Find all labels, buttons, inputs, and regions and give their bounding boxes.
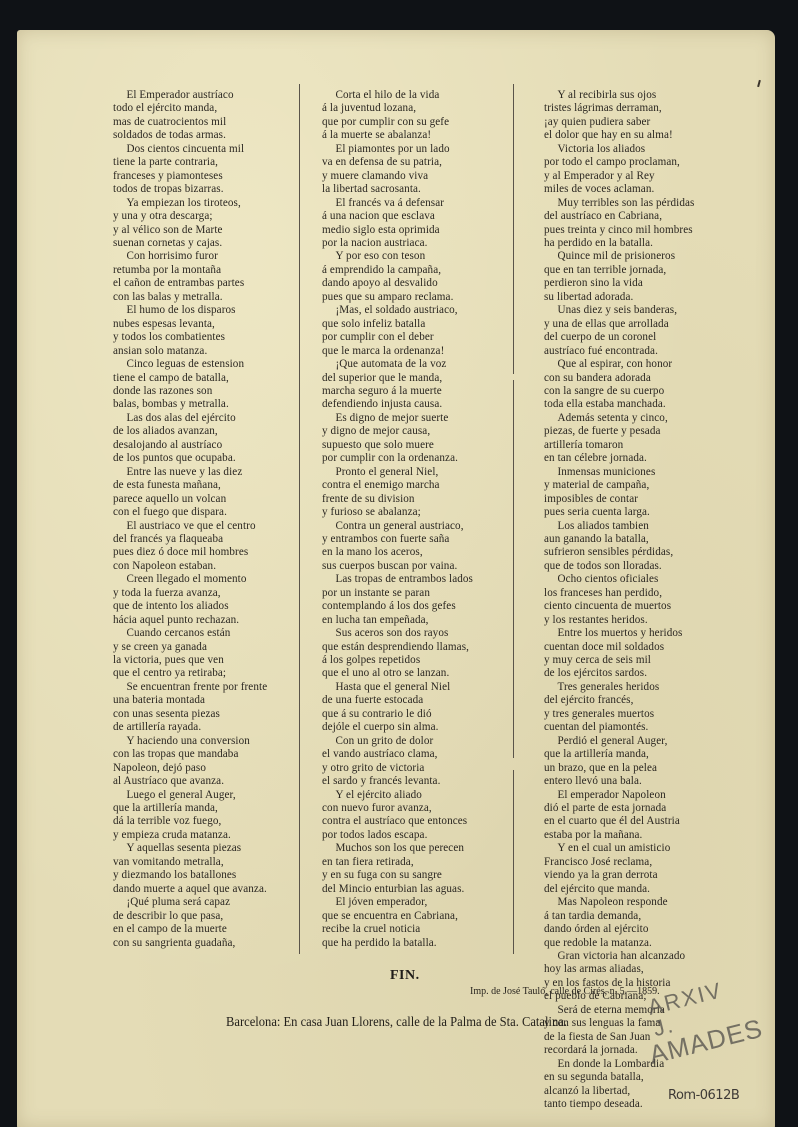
- verse-line: que por cumplir con su gefe: [322, 115, 504, 128]
- verse-line: á la juventud lozana,: [322, 101, 504, 114]
- verse-line: Las dos alas del ejército: [113, 411, 295, 424]
- verse-line: miles de voces aclaman.: [544, 182, 736, 195]
- verse-line: supuesto que solo muere: [322, 438, 504, 451]
- verse-line: del ejército que manda.: [544, 882, 736, 895]
- verse-line: en la mano los aceros,: [322, 545, 504, 558]
- verse-line: ha perdido en la batalla.: [544, 236, 736, 249]
- verse-line: por todos lados escapa.: [322, 828, 504, 841]
- poem-column-3: Y al recibirla sus ojostristes lágrimas …: [544, 88, 736, 1110]
- verse-line: el sardo y francés levanta.: [322, 774, 504, 787]
- verse-line: Se encuentran frente por frente: [113, 680, 295, 693]
- verse-line: á una nacion que esclava: [322, 209, 504, 222]
- verse-line: ansian solo matanza.: [113, 344, 295, 357]
- verse-line: Creen llegado el momento: [113, 572, 295, 585]
- verse-line: El humo de los disparos: [113, 303, 295, 316]
- verse-line: ¡Que automata de la voz: [322, 357, 504, 370]
- verse-line: estaba por la mañana.: [544, 828, 736, 841]
- verse-line: El Emperador austríaco: [113, 88, 295, 101]
- verse-line: toda ella estaba manchada.: [544, 397, 736, 410]
- verse-line: balas, bombas y metralla.: [113, 397, 295, 410]
- verse-line: El jóven emperador,: [322, 895, 504, 908]
- verse-line: pues diez ó doce mil hombres: [113, 545, 295, 558]
- verse-line: Y en el cual un amisticio: [544, 841, 736, 854]
- verse-line: por un instante se paran: [322, 586, 504, 599]
- poem-column-1: El Emperador austríacotodo el ejército m…: [113, 88, 295, 949]
- verse-line: El emperador Napoleon: [544, 788, 736, 801]
- verse-line: parece aquello un volcan: [113, 492, 295, 505]
- verse-line: que el centro ya retiraba;: [113, 666, 295, 679]
- verse-line: ¡Qué pluma será capaz: [113, 895, 295, 908]
- verse-line: piezas, de fuerte y pesada: [544, 424, 736, 437]
- verse-line: y empieza cruda matanza.: [113, 828, 295, 841]
- verse-line: que redoble la matanza.: [544, 936, 736, 949]
- verse-line: El austriaco ve que el centro: [113, 519, 295, 532]
- publisher-address: Barcelona: En casa Juan Llorens, calle d…: [226, 1014, 567, 1030]
- verse-line: franceses y piamonteses: [113, 169, 295, 182]
- verse-line: medio siglo esta oprimida: [322, 223, 504, 236]
- verse-line: al Austríaco que avanza.: [113, 774, 295, 787]
- verse-line: pues treinta y cinco mil hombres: [544, 223, 736, 236]
- verse-line: del Mincio enturbian las aguas.: [322, 882, 504, 895]
- verse-line: Cinco leguas de estension: [113, 357, 295, 370]
- verse-line: Dos cientos cincuenta mil: [113, 142, 295, 155]
- column-divider-2-bottom: [513, 770, 514, 954]
- verse-line: austríaco fué encontrada.: [544, 344, 736, 357]
- verse-line: Es digno de mejor suerte: [322, 411, 504, 424]
- verse-line: de describir lo que pasa,: [113, 909, 295, 922]
- verse-line: de artillería rayada.: [113, 720, 295, 733]
- verse-line: el vando austríaco clama,: [322, 747, 504, 760]
- verse-line: de los aliados avanzan,: [113, 424, 295, 437]
- verse-line: recibe la cruel noticia: [322, 922, 504, 935]
- verse-line: y se creen ya ganada: [113, 640, 295, 653]
- verse-line: Inmensas municiones: [544, 465, 736, 478]
- column-divider-1: [299, 84, 300, 954]
- verse-line: Cuando cercanos están: [113, 626, 295, 639]
- verse-line: viendo ya la gran derrota: [544, 868, 736, 881]
- verse-line: Corta el hilo de la vida: [322, 88, 504, 101]
- verse-line: de una fuerte estocada: [322, 693, 504, 706]
- verse-line: cuentan del piamontés.: [544, 720, 736, 733]
- verse-line: tiene el campo de batalla,: [113, 371, 295, 384]
- verse-line: á emprendido la campaña,: [322, 263, 504, 276]
- verse-line: á los golpes repetidos: [322, 653, 504, 666]
- verse-line: y una y otra descarga;: [113, 209, 295, 222]
- verse-line: frente de su division: [322, 492, 504, 505]
- verse-line: del superior que le manda,: [322, 371, 504, 384]
- verse-line: los franceses han perdido,: [544, 586, 736, 599]
- verse-line: con su sangrienta guadaña,: [113, 936, 295, 949]
- verse-line: por todo el campo proclaman,: [544, 155, 736, 168]
- verse-line: con su bandera adorada: [544, 371, 736, 384]
- verse-line: pues que su amparo reclama.: [322, 290, 504, 303]
- verse-line: va en defensa de su patria,: [322, 155, 504, 168]
- column-divider-2-mid: [513, 380, 514, 758]
- verse-line: Unas diez y seis banderas,: [544, 303, 736, 316]
- verse-line: Victoria los aliados: [544, 142, 736, 155]
- verse-line: sufrieron sensibles pérdidas,: [544, 545, 736, 558]
- verse-line: y muy cerca de seis mil: [544, 653, 736, 666]
- verse-line: todos de tropas bizarras.: [113, 182, 295, 195]
- verse-line: Con un grito de dolor: [322, 734, 504, 747]
- verse-line: y muere clamando viva: [322, 169, 504, 182]
- verse-line: nubes espesas levanta,: [113, 317, 295, 330]
- verse-line: el cañon de entrambas partes: [113, 276, 295, 289]
- verse-line: mas de cuatrocientos mil: [113, 115, 295, 128]
- verse-line: á la muerte se abalanza!: [322, 128, 504, 141]
- verse-line: aun ganando la batalla,: [544, 532, 736, 545]
- verse-line: en su segunda batalla,: [544, 1070, 736, 1083]
- verse-line: contemplando á los dos gefes: [322, 599, 504, 612]
- shelfmark-annotation: Rom-0612B: [668, 1088, 739, 1103]
- verse-line: una bateria montada: [113, 693, 295, 706]
- verse-line: que en tan terrible jornada,: [544, 263, 736, 276]
- verse-line: dando órden al ejército: [544, 922, 736, 935]
- verse-line: soldados de todas armas.: [113, 128, 295, 141]
- verse-line: En donde la Lombardia: [544, 1057, 736, 1070]
- verse-line: El francés va á defensar: [322, 196, 504, 209]
- verse-line: tiene la parte contraria,: [113, 155, 295, 168]
- verse-line: á tan tardia demanda,: [544, 909, 736, 922]
- verse-line: entero llevó una bala.: [544, 774, 736, 787]
- verse-line: Y aquellas sesenta piezas: [113, 841, 295, 854]
- verse-line: el dolor que hay en su alma!: [544, 128, 736, 141]
- verse-line: hoy las armas aliadas,: [544, 962, 736, 975]
- verse-line: Entre los muertos y heridos: [544, 626, 736, 639]
- verse-line: del austríaco en Cabriana,: [544, 209, 736, 222]
- verse-line: contra el austríaco que entonces: [322, 814, 504, 827]
- verse-line: que le marca la ordenanza!: [322, 344, 504, 357]
- verse-line: en lucha tan empeñada,: [322, 613, 504, 626]
- verse-line: Pronto el general Niel,: [322, 465, 504, 478]
- verse-line: que el uno al otro se lanzan.: [322, 666, 504, 679]
- verse-line: Contra un general austriaco,: [322, 519, 504, 532]
- verse-line: Los aliados tambien: [544, 519, 736, 532]
- verse-line: por cumplir con la ordenanza.: [322, 451, 504, 464]
- verse-line: dando apoyo al desvalido: [322, 276, 504, 289]
- verse-line: Las tropas de entrambos lados: [322, 572, 504, 585]
- verse-line: Y el ejército aliado: [322, 788, 504, 801]
- verse-line: su libertad adorada.: [544, 290, 736, 303]
- verse-line: y digno de mejor causa,: [322, 424, 504, 437]
- verse-line: suenan cornetas y cajas.: [113, 236, 295, 249]
- verse-line: todo el ejército manda,: [113, 101, 295, 114]
- verse-line: defendiendo injusta causa.: [322, 397, 504, 410]
- verse-line: con las balas y metralla.: [113, 290, 295, 303]
- verse-line: la libertad sacrosanta.: [322, 182, 504, 195]
- verse-line: que de todos son lloradas.: [544, 559, 736, 572]
- verse-line: del francés ya flaqueaba: [113, 532, 295, 545]
- verse-line: de los puntos que ocupaba.: [113, 451, 295, 464]
- verse-line: con la sangre de su cuerpo: [544, 384, 736, 397]
- verse-line: Que al espirar, con honor: [544, 357, 736, 370]
- verse-line: Napoleon, dejó paso: [113, 761, 295, 774]
- verse-line: Además setenta y cinco,: [544, 411, 736, 424]
- verse-line: perdieron sino la vida: [544, 276, 736, 289]
- verse-line: ¡ay quien pudiera saber: [544, 115, 736, 128]
- verse-line: Gran victoria han alcanzado: [544, 949, 736, 962]
- verse-line: hácia aquel punto rechazan.: [113, 613, 295, 626]
- verse-line: Mas Napoleon responde: [544, 895, 736, 908]
- verse-line: con Napoleon estaban.: [113, 559, 295, 572]
- verse-line: por cumplir con el deber: [322, 330, 504, 343]
- verse-line: tristes lágrimas derraman,: [544, 101, 736, 114]
- verse-line: dejóle el cuerpo sin alma.: [322, 720, 504, 733]
- verse-line: marcha seguro á la muerte: [322, 384, 504, 397]
- verse-line: y tres generales muertos: [544, 707, 736, 720]
- verse-line: ciento cincuenta de muertos: [544, 599, 736, 612]
- verse-line: Luego el general Auger,: [113, 788, 295, 801]
- verse-line: en tan célebre jornada.: [544, 451, 736, 464]
- verse-line: con nuevo furor avanza,: [322, 801, 504, 814]
- verse-line: dando muerte a aquel que avanza.: [113, 882, 295, 895]
- verse-line: ¡Mas, el soldado austriaco,: [322, 303, 504, 316]
- verse-line: que se encuentra en Cabriana,: [322, 909, 504, 922]
- verse-line: que la artillería manda,: [544, 747, 736, 760]
- verse-line: y los restantes heridos.: [544, 613, 736, 626]
- verse-line: artillería tomaron: [544, 438, 736, 451]
- verse-line: y otro grito de victoria: [322, 761, 504, 774]
- verse-line: y furioso se abalanza;: [322, 505, 504, 518]
- verse-line: con el fuego que dispara.: [113, 505, 295, 518]
- verse-line: que de intento los aliados: [113, 599, 295, 612]
- verse-line: dá la terrible voz fuego,: [113, 814, 295, 827]
- verse-line: Con horrisimo furor: [113, 249, 295, 262]
- verse-line: pues seria cuenta larga.: [544, 505, 736, 518]
- verse-line: imposibles de contar: [544, 492, 736, 505]
- verse-line: de esta funesta mañana,: [113, 478, 295, 491]
- verse-line: Perdió el general Auger,: [544, 734, 736, 747]
- verse-line: Ya empiezan los tiroteos,: [113, 196, 295, 209]
- verse-line: retumba por la montaña: [113, 263, 295, 276]
- verse-line: con unas sesenta piezas: [113, 707, 295, 720]
- verse-line: y diezmando los batallones: [113, 868, 295, 881]
- verse-line: y al Emperador y al Rey: [544, 169, 736, 182]
- verse-line: Entre las nueve y las diez: [113, 465, 295, 478]
- verse-line: en tan fiera retirada,: [322, 855, 504, 868]
- verse-line: que ha perdido la batalla.: [322, 936, 504, 949]
- verse-line: Tres generales heridos: [544, 680, 736, 693]
- printer-imprint: Imp. de José Tauló, calle de Cirés, n. 5…: [470, 986, 660, 997]
- verse-line: del ejército francés,: [544, 693, 736, 706]
- verse-line: Hasta que el general Niel: [322, 680, 504, 693]
- verse-line: por la nacion austriaca.: [322, 236, 504, 249]
- verse-line: Y haciendo una conversion: [113, 734, 295, 747]
- verse-line: contra el enemigo marcha: [322, 478, 504, 491]
- verse-line: van vomitando metralla,: [113, 855, 295, 868]
- verse-line: y material de campaña,: [544, 478, 736, 491]
- verse-line: Francisco José reclama,: [544, 855, 736, 868]
- verse-line: Muy terribles son las pérdidas: [544, 196, 736, 209]
- verse-line: desalojando al austríaco: [113, 438, 295, 451]
- verse-line: dió el parte de esta jornada: [544, 801, 736, 814]
- verse-line: donde las razones son: [113, 384, 295, 397]
- verse-line: y una de ellas que arrollada: [544, 317, 736, 330]
- verse-line: y al vélico son de Marte: [113, 223, 295, 236]
- verse-line: Y al recibirla sus ojos: [544, 88, 736, 101]
- verse-line: en el campo de la muerte: [113, 922, 295, 935]
- column-divider-2: [513, 84, 514, 374]
- verse-line: sus cuerpos buscan por vaina.: [322, 559, 504, 572]
- verse-line: que están desprendiendo llamas,: [322, 640, 504, 653]
- fin-label: FIN.: [390, 968, 420, 984]
- verse-line: del cuerpo de un coronel: [544, 330, 736, 343]
- verse-line: con las tropas que mandaba: [113, 747, 295, 760]
- verse-line: y toda la fuerza avanza,: [113, 586, 295, 599]
- verse-line: y entrambos con fuerte saña: [322, 532, 504, 545]
- verse-line: Ocho cientos oficiales: [544, 572, 736, 585]
- verse-line: y todos los combatientes: [113, 330, 295, 343]
- verse-line: la victoria, pues que ven: [113, 653, 295, 666]
- verse-line: de los ejércitos sardos.: [544, 666, 736, 679]
- verse-line: El piamontes por un lado: [322, 142, 504, 155]
- verse-line: Sus aceros son dos rayos: [322, 626, 504, 639]
- verse-line: Quince mil de prisioneros: [544, 249, 736, 262]
- poem-column-2: Corta el hilo de la vidaá la juventud lo…: [322, 88, 504, 949]
- verse-line: y en su fuga con su sangre: [322, 868, 504, 881]
- verse-line: que á su contrario le dió: [322, 707, 504, 720]
- verse-line: Y por eso con teson: [322, 249, 504, 262]
- verse-line: Muchos son los que perecen: [322, 841, 504, 854]
- verse-line: que solo infeliz batalla: [322, 317, 504, 330]
- verse-line: que la artillería manda,: [113, 801, 295, 814]
- verse-line: cuentan doce mil soldados: [544, 640, 736, 653]
- verse-line: en el cuarto que él del Austria: [544, 814, 736, 827]
- verse-line: un brazo, que en la pelea: [544, 761, 736, 774]
